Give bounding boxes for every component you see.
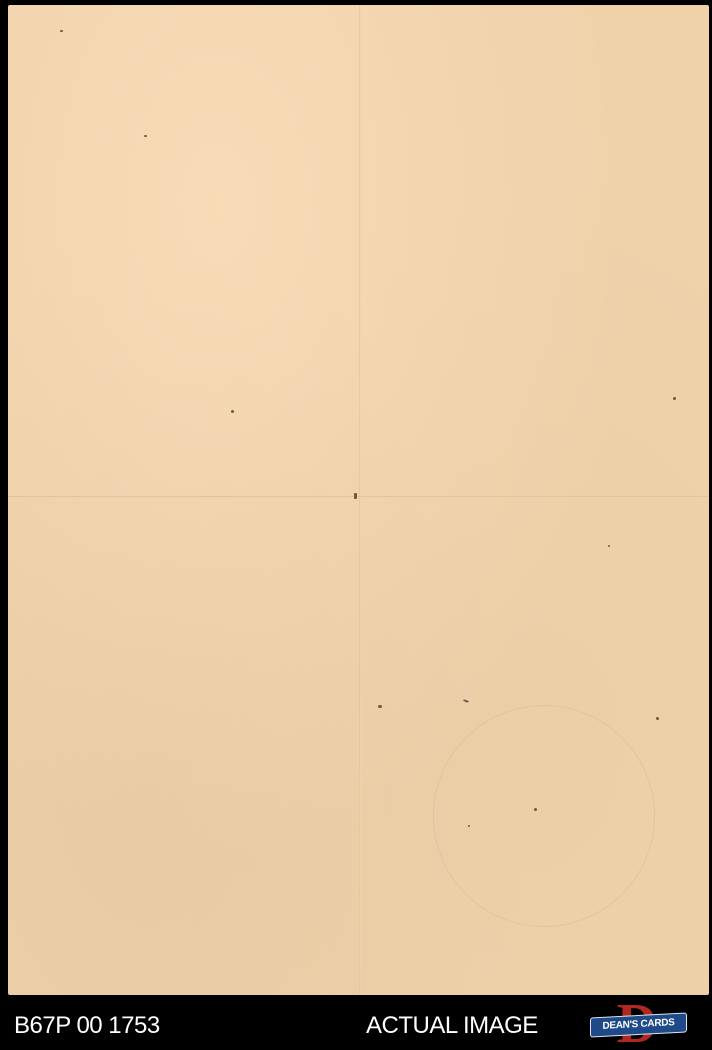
vertical-fold-line xyxy=(359,5,361,995)
paper-speck xyxy=(656,717,659,720)
paper-speck xyxy=(231,410,234,413)
paper-speck xyxy=(60,30,63,32)
paper-speck xyxy=(673,397,676,400)
deans-cards-logo: D DEAN'S CARDS xyxy=(590,1000,685,1048)
card-back-image xyxy=(8,5,709,995)
paper-speck xyxy=(354,493,357,499)
paper-speck xyxy=(463,699,469,703)
logo-banner: DEAN'S CARDS xyxy=(590,1012,687,1037)
paper-speck xyxy=(378,705,382,708)
cert-number: B67P 00 1753 xyxy=(14,1012,160,1040)
actual-image-label: ACTUAL IMAGE xyxy=(366,1012,538,1040)
faint-circular-show-through xyxy=(433,705,655,927)
paper-speck xyxy=(608,545,610,547)
paper-speck xyxy=(144,135,147,137)
paper-speck xyxy=(534,808,537,811)
paper-speck xyxy=(468,825,470,827)
